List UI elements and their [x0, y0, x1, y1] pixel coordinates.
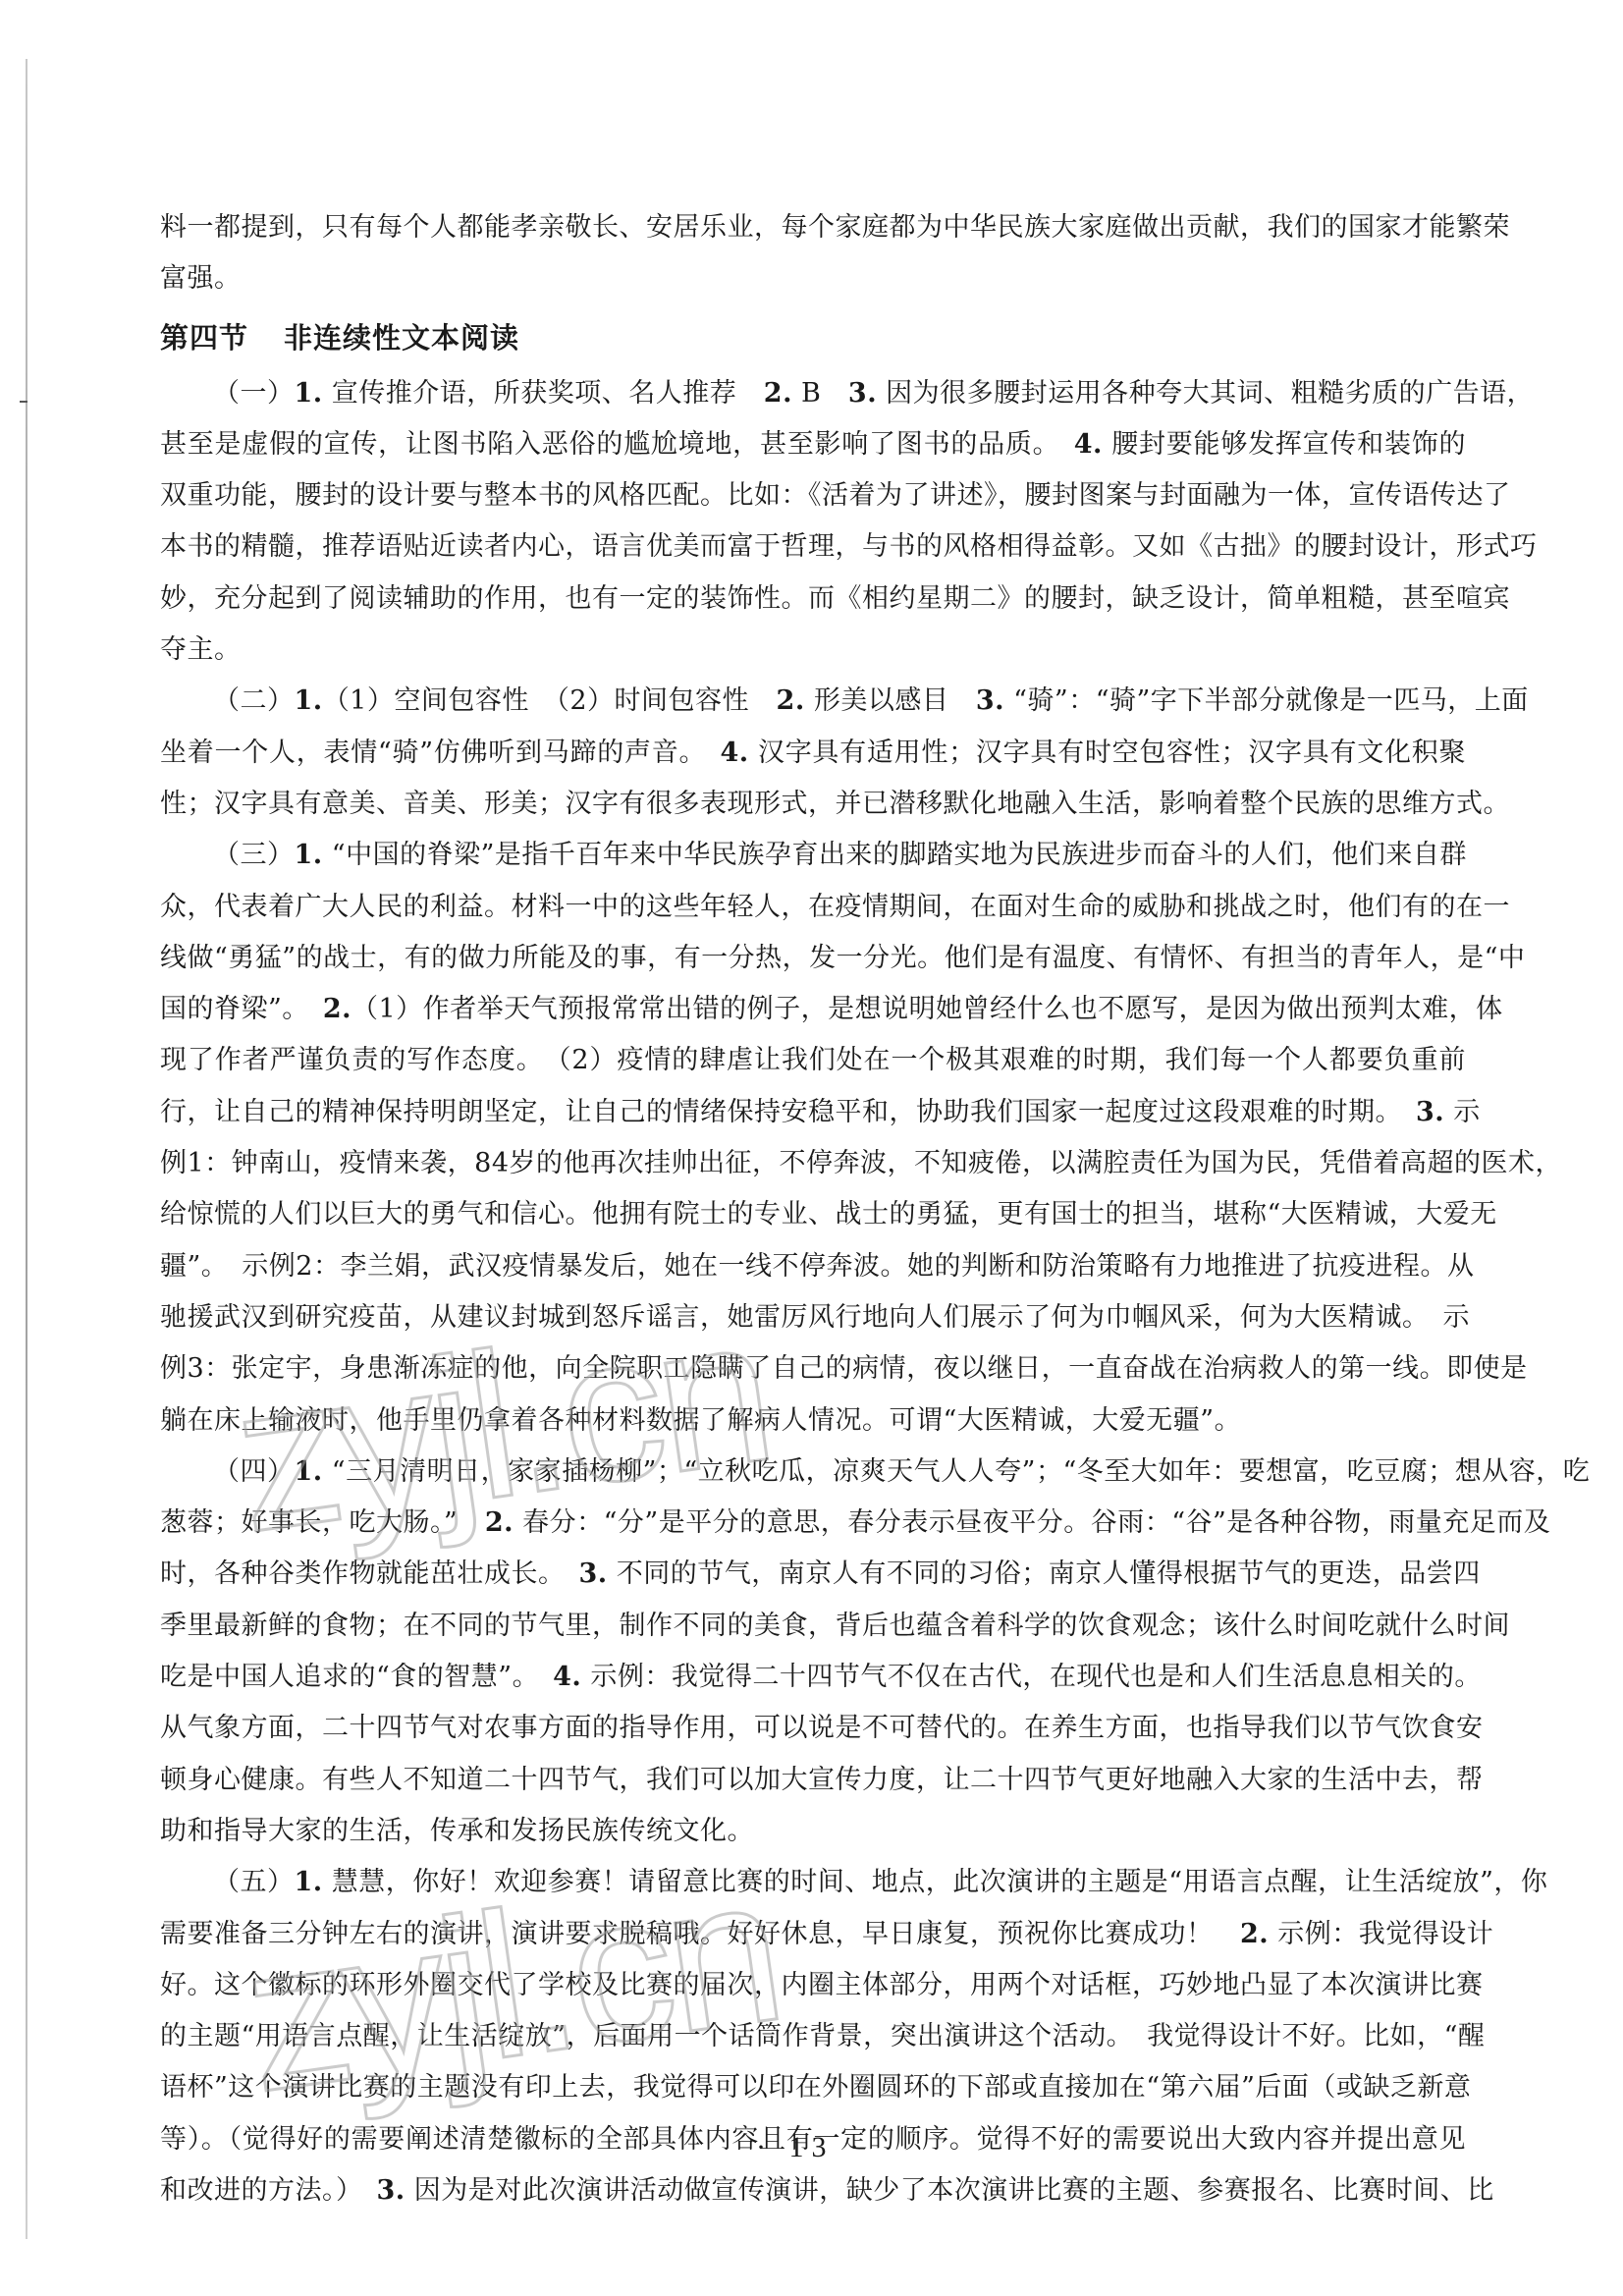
answer-text: 的主题“用语言点醒，让生活绽放”，后面用一个话筒作背景，突出演讲这个活动。 我觉…: [160, 2021, 1485, 2051]
item-number: 2.: [1240, 1919, 1269, 1949]
answer-text: 语杯”这个演讲比赛的主题没有印上去，我觉得可以印在外圈圆环的下部或直接加在“第六…: [160, 2072, 1471, 2103]
answer-text: 季里最新鲜的食物；在不同的节气里，制作不同的美食，背后也蕴含着科学的饮食观念；该…: [160, 1611, 1510, 1641]
answer-text: 示: [1444, 1097, 1481, 1127]
item-number: 1.: [295, 685, 323, 716]
text-line: 给惊慌的人们以巨大的勇气和信心。他拥有院士的专业、战士的勇猛，更有国士的担当，堪…: [160, 1189, 1466, 1240]
text-line: 疆”。 示例2：李兰娟，武汉疫情暴发后，她在一线不停奔波。她的判断和防治策略有力…: [160, 1241, 1466, 1292]
text-line: 行，让自己的精神保持明朗坚定，让自己的情绪保持安稳平和，协助我们国家一起度过这段…: [160, 1087, 1466, 1138]
answer-text: 葱蓉；好事长，吃大肠。”: [160, 1507, 485, 1538]
item-number: 4.: [553, 1662, 581, 1692]
text-line: 驰援武汉到研究疫苗，从建议封城到怒斥谣言，她雷厉风行地向人们展示了何为巾帼风采，…: [160, 1292, 1466, 1343]
section-title: 非连续性文本阅读: [284, 321, 519, 355]
answer-text: 形美以感目: [805, 685, 976, 716]
text-line: 和改进的方法。） 3. 因为是对此次演讲活动做宣传演讲，缺少了本次演讲比赛的主题…: [160, 2165, 1466, 2216]
text-line: 线做“勇猛”的战士，有的做力所能及的事，有一分热，发一分光。他们是有温度、有情怀…: [160, 933, 1466, 984]
item-number: 3.: [1416, 1097, 1444, 1127]
answer-text: 助和指导大家的生活，传承和发扬民族传统文化。: [160, 1816, 754, 1846]
item-number: 3.: [579, 1558, 608, 1589]
text-line: 现了作者严谨负责的写作态度。 （2）疫情的肆虐让我们处在一个极其艰难的时期，我们…: [160, 1035, 1466, 1086]
section-heading: 第四节非连续性文本阅读: [160, 307, 1466, 368]
answer-text: 从气象方面，二十四节气对农事方面的指导作用，可以说是不可替代的。在养生方面，也指…: [160, 1713, 1484, 1743]
answer-text: 现了作者严谨负责的写作态度。 （2）疫情的肆虐让我们处在一个极其艰难的时期，我们…: [160, 1045, 1466, 1075]
text-line: 众，代表着广大人民的利益。材料一中的这些年轻人，在疫情期间，在面对生命的威胁和挑…: [160, 882, 1466, 933]
answer-text: 例3：张定宇，身患渐冻症的他，向全院职工隐瞒了自己的病情，夜以继日，一直奋战在治…: [160, 1353, 1528, 1384]
item-number: 1.: [295, 1456, 323, 1487]
answer-text: 春分：“分”是平分的意思，春分表示昼夜平分。谷雨：“谷”是各种谷物，雨量充足而及: [514, 1507, 1550, 1538]
questions-list: （一）1. 宣传推介语，所获奖项、名人推荐 2. B 3. 因为很多腰封运用各种…: [160, 368, 1466, 2217]
text-line: 时，各种谷类作物就能茁壮成长。 3. 不同的节气，南京人有不同的习俗；南京人懂得…: [160, 1549, 1466, 1600]
text-line: 国的脊梁”。 2.（1）作者举天气预报常常出错的例子，是想说明她曾经什么也不愿写…: [160, 984, 1466, 1035]
text-line: 例1：钟南山，疫情来袭，84岁的他再次挂帅出征，不停奔波，不知疲倦，以满腔责任为…: [160, 1138, 1466, 1189]
answer-text: （一）: [213, 378, 295, 409]
answer-key-page: 料一都提到，只有每个人都能孝亲敬长、安居乐业，每个家庭都为中华民族大家庭做出贡献…: [160, 202, 1466, 2216]
text-line: （一）1. 宣传推介语，所获奖项、名人推荐 2. B 3. 因为很多腰封运用各种…: [160, 368, 1466, 419]
answer-text: 给惊慌的人们以巨大的勇气和信心。他拥有院士的专业、战士的勇猛，更有国士的担当，堪…: [160, 1199, 1497, 1230]
answer-text: 驰援武汉到研究疫苗，从建议封城到怒斥谣言，她雷厉风行地向人们展示了何为巾帼风采，…: [160, 1302, 1470, 1333]
question-block: （一）1. 宣传推介语，所获奖项、名人推荐 2. B 3. 因为很多腰封运用各种…: [160, 368, 1466, 677]
text-line: 富强。: [160, 253, 1466, 304]
section-label: 第四节: [160, 321, 248, 355]
text-line: （三）1. “中国的脊梁”是指千百年来中华民族孕育出来的脚踏实地为民族进步而奋斗…: [160, 830, 1466, 881]
text-line: 顿身心健康。有些人不知道二十四节气，我们可以加大宣传力度，让二十四节气更好地融入…: [160, 1755, 1466, 1806]
binding-mark: [20, 401, 27, 403]
answer-text: “骑”：“骑”字下半部分就像是一匹马，上面: [1004, 685, 1529, 716]
text-line: 葱蓉；好事长，吃大肠。” 2. 春分：“分”是平分的意思，春分表示昼夜平分。谷雨…: [160, 1498, 1466, 1549]
answer-text: 妙，充分起到了阅读辅助的作用，也有一定的装饰性。而《相约星期二》的腰封，缺乏设计…: [160, 583, 1510, 614]
answer-text: 本书的精髓，推荐语贴近读者内心，语言优美而富于哲理，与书的风格相得益彰。又如《古…: [160, 531, 1538, 562]
answer-text: （三）: [213, 840, 295, 870]
answer-text: 夺主。: [160, 634, 242, 665]
answer-text: 线做“勇猛”的战士，有的做力所能及的事，有一分热，发一分光。他们是有温度、有情怀…: [160, 943, 1525, 973]
question-block: （二）1.（1）空间包容性 （2）时间包容性 2. 形美以感目 3. “骑”：“…: [160, 676, 1466, 830]
answer-text: 慧慧，你好！欢迎参赛！请留意比赛的时间、地点，此次演讲的主题是“用语言点醒，让生…: [323, 1867, 1548, 1897]
item-number: 4.: [720, 738, 748, 768]
item-number: 3.: [377, 2175, 406, 2206]
text-line: 的主题“用语言点醒，让生活绽放”，后面用一个话筒作背景，突出演讲这个活动。 我觉…: [160, 2011, 1466, 2062]
item-number: 4.: [1074, 429, 1103, 460]
answer-text: （1）作者举天气预报常常出错的例子，是想说明她曾经什么也不愿写，是因为做出预判太…: [352, 994, 1503, 1024]
item-number: 1.: [295, 378, 323, 409]
text-line: 本书的精髓，推荐语贴近读者内心，语言优美而富于哲理，与书的风格相得益彰。又如《古…: [160, 521, 1466, 573]
answer-text: 宣传推介语，所获奖项、名人推荐: [323, 378, 764, 409]
text-line: 季里最新鲜的食物；在不同的节气里，制作不同的美食，背后也蕴含着科学的饮食观念；该…: [160, 1601, 1466, 1652]
answer-text: 示例：我觉得二十四节气不仅在古代，在现代也是和人们生活息息相关的。: [581, 1662, 1482, 1692]
text-line: 助和指导大家的生活，传承和发扬民族传统文化。: [160, 1806, 1466, 1857]
answer-text: （1）空间包容性 （2）时间包容性: [323, 685, 777, 716]
answer-text: 示例：我觉得设计: [1269, 1919, 1493, 1949]
text-line: （五）1. 慧慧，你好！欢迎参赛！请留意比赛的时间、地点，此次演讲的主题是“用语…: [160, 1857, 1466, 1908]
answer-text: 汉字具有适用性；汉字具有时空包容性；汉字具有文化积聚: [749, 738, 1466, 768]
text-line: 妙，充分起到了阅读辅助的作用，也有一定的装饰性。而《相约星期二》的腰封，缺乏设计…: [160, 574, 1466, 625]
text-line: 需要准备三分钟左右的演讲，演讲要求脱稿哦。好好休息，早日康复，预祝你比赛成功！ …: [160, 1909, 1466, 1960]
answer-text: 顿身心健康。有些人不知道二十四节气，我们可以加大宣传力度，让二十四节气更好地融入…: [160, 1765, 1484, 1795]
answer-text: 因为很多腰封运用各种夸大其词、粗糙劣质的广告语，: [877, 378, 1534, 409]
text-line: 躺在床上输液时，他手里仍拿着各种材料数据了解病人情况。可谓“大医精诚，大爱无疆”…: [160, 1395, 1466, 1447]
text-line: （二）1.（1）空间包容性 （2）时间包容性 2. 形美以感目 3. “骑”：“…: [160, 676, 1466, 727]
item-number: 3.: [848, 378, 877, 409]
item-number: 2.: [323, 994, 352, 1024]
page-binding-edge: [26, 59, 27, 2239]
answer-text: 甚至是虚假的宣传，让图书陷入恶俗的尴尬境地，甚至影响了图书的品质。: [160, 429, 1074, 460]
answer-text: 国的脊梁”。: [160, 994, 323, 1024]
answer-text: （四）: [213, 1456, 295, 1487]
answer-text: 性；汉字具有意美、音美、形美；汉字有很多表现形式，并已潜移默化地融入生活，影响着…: [160, 789, 1510, 819]
text-line: 好。这个徽标的环形外圈交代了学校及比赛的届次，内圈主体部分，用两个对话框，巧妙地…: [160, 1960, 1466, 2011]
answer-text: 双重功能，腰封的设计要与整本书的风格匹配。比如：《活着为了讲述》，腰封图案与封面…: [160, 480, 1511, 511]
question-block: （三）1. “中国的脊梁”是指千百年来中华民族孕育出来的脚踏实地为民族进步而奋斗…: [160, 830, 1466, 1447]
answer-text: 疆”。 示例2：李兰娟，武汉疫情暴发后，她在一线不停奔波。她的判断和防治策略有力…: [160, 1251, 1474, 1282]
page-number: · 13 ·: [0, 2131, 1623, 2164]
text-line: 夺主。: [160, 625, 1466, 676]
answer-text: （二）: [213, 685, 295, 716]
question-block: （四）1. “三月清明日，家家插杨柳”；“立秋吃瓜，凉爽天气人人夸”；“冬至大如…: [160, 1447, 1466, 1857]
answer-text: 躺在床上输液时，他手里仍拿着各种材料数据了解病人情况。可谓“大医精诚，大爱无疆”…: [160, 1405, 1241, 1436]
text-line: （四）1. “三月清明日，家家插杨柳”；“立秋吃瓜，凉爽天气人人夸”；“冬至大如…: [160, 1447, 1466, 1498]
answer-text: 和改进的方法。）: [160, 2175, 377, 2206]
text-line: 性；汉字具有意美、音美、形美；汉字有很多表现形式，并已潜移默化地融入生活，影响着…: [160, 779, 1466, 830]
answer-text: 行，让自己的精神保持明朗坚定，让自己的情绪保持安稳平和，协助我们国家一起度过这段…: [160, 1097, 1416, 1127]
answer-text: 腰封要能够发挥宣传和装饰的: [1103, 429, 1466, 460]
answer-text: 众，代表着广大人民的利益。材料一中的这些年轻人，在疫情期间，在面对生命的威胁和挑…: [160, 892, 1510, 922]
item-number: 1.: [295, 840, 323, 870]
item-number: 2.: [764, 378, 792, 409]
answer-text: 因为是对此次演讲活动做宣传演讲，缺少了本次演讲比赛的主题、参赛报名、比赛时间、比: [406, 2175, 1494, 2206]
item-number: 2.: [777, 685, 805, 716]
answer-text: 例1：钟南山，疫情来袭，84岁的他再次挂帅出征，不停奔波，不知疲倦，以满腔责任为…: [160, 1148, 1562, 1178]
text-line: 甚至是虚假的宣传，让图书陷入恶俗的尴尬境地，甚至影响了图书的品质。 4. 腰封要…: [160, 419, 1466, 470]
answer-text: 好。这个徽标的环形外圈交代了学校及比赛的届次，内圈主体部分，用两个对话框，巧妙地…: [160, 1970, 1484, 2000]
answer-text: 需要准备三分钟左右的演讲，演讲要求脱稿哦。好好休息，早日康复，预祝你比赛成功！: [160, 1919, 1240, 1949]
answer-text: “中国的脊梁”是指千百年来中华民族孕育出来的脚踏实地为民族进步而奋斗的人们，他们…: [323, 840, 1467, 870]
answer-text: 吃是中国人追求的“食的智慧”。: [160, 1662, 553, 1692]
text-line: 料一都提到，只有每个人都能孝亲敬长、安居乐业，每个家庭都为中华民族大家庭做出贡献…: [160, 202, 1466, 253]
item-number: 1.: [295, 1867, 323, 1897]
text-line: 坐着一个人，表情“骑”仿佛听到马蹄的声音。 4. 汉字具有适用性；汉字具有时空包…: [160, 728, 1466, 779]
text-line: 双重功能，腰封的设计要与整本书的风格匹配。比如：《活着为了讲述》，腰封图案与封面…: [160, 470, 1466, 521]
answer-text: “三月清明日，家家插杨柳”；“立秋吃瓜，凉爽天气人人夸”；“冬至大如年：要想富，…: [323, 1456, 1591, 1487]
intro-paragraph: 料一都提到，只有每个人都能孝亲敬长、安居乐业，每个家庭都为中华民族大家庭做出贡献…: [160, 202, 1466, 305]
text-line: 语杯”这个演讲比赛的主题没有印上去，我觉得可以印在外圈圆环的下部或直接加在“第六…: [160, 2062, 1466, 2113]
text-line: 从气象方面，二十四节气对农事方面的指导作用，可以说是不可替代的。在养生方面，也指…: [160, 1703, 1466, 1754]
text-line: 吃是中国人追求的“食的智慧”。 4. 示例：我觉得二十四节气不仅在古代，在现代也…: [160, 1652, 1466, 1703]
answer-text: 时，各种谷类作物就能茁壮成长。: [160, 1558, 579, 1589]
answer-text: B: [792, 378, 848, 409]
item-number: 3.: [976, 685, 1004, 716]
answer-text: 不同的节气，南京人有不同的习俗；南京人懂得根据节气的更迭，品尝四: [608, 1558, 1481, 1589]
text-line: 例3：张定宇，身患渐冻症的他，向全院职工隐瞒了自己的病情，夜以继日，一直奋战在治…: [160, 1343, 1466, 1394]
item-number: 2.: [485, 1507, 514, 1538]
answer-text: （五）: [213, 1867, 295, 1897]
answer-text: 坐着一个人，表情“骑”仿佛听到马蹄的声音。: [160, 738, 720, 768]
